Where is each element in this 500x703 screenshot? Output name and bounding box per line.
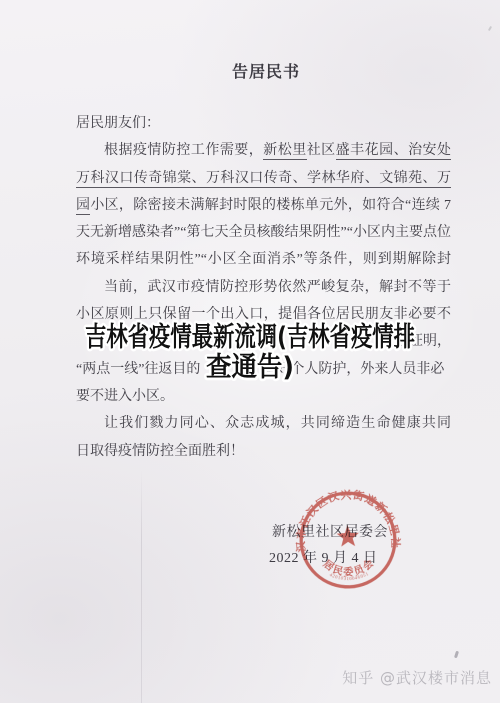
document-photo: 告居民书 居民朋友们：根据疫情防控工作需要，新松里社区盛丰花园、治安处宿舍、万科… [0,0,500,703]
overlay-caption-line2: 查通告) [206,352,294,383]
text-segment: 天无新增感染者”“第七天全员核酸结果阴性”“小区内主要点位 [76,225,451,240]
text-segment: 根据疫情防控工作需要， [104,143,263,158]
zhihu-watermark: 知乎 @武汉楼市消息 [342,667,492,688]
text-segment: 让我们戮力同心、众志成城，共同缔造生命健康共同体，早 [104,416,451,437]
document-line: 环境采样结果阴性”“小区全面消杀”等条件，则到期解除封控。 [76,246,451,273]
text-segment: 社区 [307,143,336,158]
document-line: 园小区，除密接未满解封时限的楼栋单元外，如符合“连续 7 [76,192,451,219]
document-line: 当前，武汉市疫情防控形势依然严峻复杂，解封不等于解防， [76,274,451,301]
photo-speck [488,26,492,31]
document-title: 告居民书 [16,59,500,82]
document-line: 万科汉口传奇锦棠、万科汉口传奇、学林华府、文锦苑、万科锦 [76,165,451,192]
photo-speck [454,651,459,659]
document-line: 日取得疫情防控全面胜利！ [76,438,451,465]
underlined-text-segment: 新松里 [263,143,306,160]
underlined-text-segment: 园 [76,198,90,215]
text-segment: 居民朋友们： [76,116,160,131]
text-segment: 小区，除密接未满解封时限的楼栋单元外，如符合“连续 7 [90,198,451,213]
document-line: 让我们戮力同心、众志成城，共同缔造生命健康共同体，早 [76,410,451,437]
official-seal-stamp: 武汉市江汉区汉兴街道新松里社区 居民委员会 42010310046051 [290,482,406,598]
paper-fold-line [141,470,142,703]
document-line: 天无新增感染者”“第七天全员核酸结果阴性”“小区内主要点位 [76,219,451,246]
document-lines: 居民朋友们：根据疫情防控工作需要，新松里社区盛丰花园、治安处宿舍、万科汉口传奇锦… [76,110,451,465]
text-segment: 日取得疫情防控全面胜利！ [76,444,244,459]
text-segment: 环境采样结果阴性”“小区全面消杀”等条件，则到期解除封控。 [76,252,451,273]
text-segment: 当前，武汉市疫情防控形势依然严峻复杂，解封不等于解防， [104,280,451,301]
document-line: 居民朋友们： [76,110,451,137]
star-icon [336,525,359,547]
overlay-caption-line1: 吉林省疫情最新流调(吉林省疫情排 [85,321,415,353]
underlined-text-segment: 万科汉口传奇锦棠、万科汉口传奇、学林华府、文锦苑、万科锦 [76,171,451,192]
news-caption-overlay: 吉林省疫情最新流调(吉林省疫情排 查通告) [0,312,500,392]
document-line: 根据疫情防控工作需要，新松里社区盛丰花园、治安处宿舍、 [76,137,451,164]
